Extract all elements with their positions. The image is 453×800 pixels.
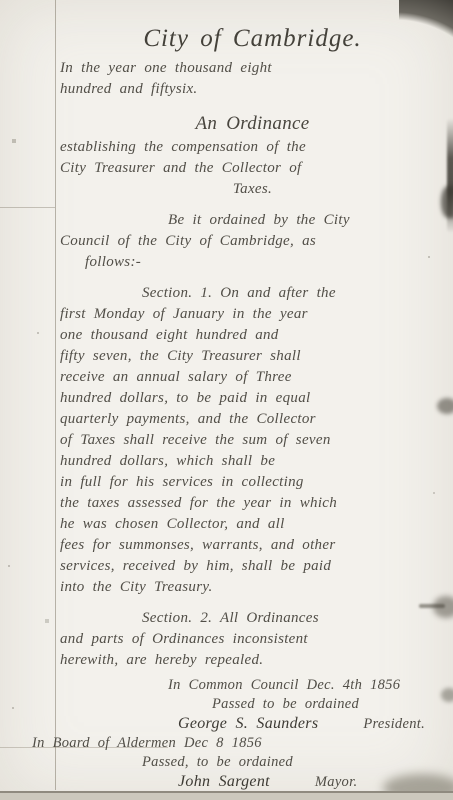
manuscript-line: hundred dollars, to be paid in equal (60, 388, 445, 409)
scan-artifact-edge-blob (441, 186, 453, 218)
section-2-start: Section. 2. All Ordinances (142, 608, 445, 629)
manuscript-line: fifty seven, the City Treasurer shall (60, 346, 445, 367)
manuscript-line: quarterly payments, and the Collector (60, 409, 445, 430)
line-text: he was chosen Collector, and all (60, 516, 285, 532)
scan-artifact-smudge (437, 398, 453, 414)
manuscript-line: herewith, are hereby repealed. (60, 650, 445, 671)
enactment-clause: Be it ordained by the City (168, 210, 445, 231)
margin-rule (55, 0, 56, 790)
common-council-record: In Common Council Dec. 4th 1856 (168, 676, 445, 695)
line-text: City of Cambridge. (143, 25, 361, 52)
document-title: City of Cambridge. (60, 20, 445, 58)
line-text: quarterly payments, and the Collector (60, 411, 316, 427)
manuscript-line: Passed, to be ordained (142, 753, 445, 772)
office-title-text: President. (363, 716, 425, 732)
paper-specks (0, 0, 2, 2)
manuscript-page: City of Cambridge.In the year one thousa… (0, 0, 453, 800)
line-text: hundred dollars, which shall be (60, 453, 275, 469)
line-text: Section. 2. All Ordinances (142, 610, 319, 626)
manuscript-line: In the year one thousand eight (60, 58, 445, 79)
manuscript-line: Taxes. (60, 179, 445, 200)
line-text: follows:- (85, 254, 141, 270)
manuscript-line: fees for summonses, warrants, and other (60, 535, 445, 556)
line-text: Passed, to be ordained (142, 754, 293, 770)
line-text: the taxes assessed for the year in which (60, 495, 337, 511)
line-text: establishing the compensation of the (60, 139, 306, 155)
manuscript-line: he was chosen Collector, and all (60, 514, 445, 535)
scan-artifact-smudge (441, 688, 453, 702)
line-text: An Ordinance (195, 113, 309, 134)
ordinance-heading: An Ordinance (60, 110, 445, 137)
line-text: hundred dollars, to be paid in equal (60, 390, 310, 406)
scan-artifact-corner (399, 0, 453, 121)
line-text: herewith, are hereby repealed. (60, 652, 263, 668)
manuscript-line: into the City Treasury. (60, 577, 445, 598)
manuscript-line: first Monday of January in the year (60, 304, 445, 325)
signature-president: George S. SaundersPresident. (178, 714, 445, 734)
page-bottom-edge (0, 791, 453, 800)
line-text: City Treasurer and the Collector of (60, 160, 301, 176)
manuscript-line: Passed to be ordained (212, 695, 445, 714)
office-title-text: Mayor. (315, 774, 357, 790)
manuscript-line: establishing the compensation of the (60, 137, 445, 158)
manuscript-line: of Taxes shall receive the sum of seven (60, 430, 445, 451)
line-text: Be it ordained by the City (168, 212, 350, 228)
manuscript-line: the taxes assessed for the year in which (60, 493, 445, 514)
manuscript-line: City Treasurer and the Collector of (60, 158, 445, 179)
line-text: in full for his services in collecting (60, 474, 304, 490)
aldermen-record: In Board of Aldermen Dec 8 1856 (32, 734, 445, 753)
line-text: hundred and fiftysix. (60, 81, 197, 97)
line-text: first Monday of January in the year (60, 306, 308, 322)
line-text: fees for summonses, warrants, and other (60, 537, 335, 553)
line-text: and parts of Ordinances inconsistent (60, 631, 308, 647)
line-text: fifty seven, the City Treasurer shall (60, 348, 301, 364)
manuscript-line: hundred and fiftysix. (60, 79, 445, 100)
line-text: In Board of Aldermen Dec 8 1856 (32, 735, 262, 751)
signature-text: John Sargent (178, 773, 270, 790)
line-text: of Taxes shall receive the sum of seven (60, 432, 331, 448)
line-text: In Common Council Dec. 4th 1856 (168, 677, 400, 693)
line-text: Council of the City of Cambridge, as (60, 233, 316, 249)
manuscript-line: one thousand eight hundred and (60, 325, 445, 346)
line-text: one thousand eight hundred and (60, 327, 279, 343)
paper-crease-line (0, 207, 55, 208)
manuscript-line: and parts of Ordinances inconsistent (60, 629, 445, 650)
line-text: receive an annual salary of Three (60, 369, 292, 385)
manuscript-line: services, received by him, shall be paid (60, 556, 445, 577)
section-1-start: Section. 1. On and after the (142, 283, 445, 304)
manuscript-line: receive an annual salary of Three (60, 367, 445, 388)
line-text: into the City Treasury. (60, 579, 213, 595)
manuscript-line: in full for his services in collecting (60, 472, 445, 493)
line-text: Taxes. (233, 181, 272, 197)
scan-artifact-smudge (419, 604, 445, 608)
manuscript-line: follows:- (85, 252, 445, 273)
signature-text: George S. Saunders (178, 715, 318, 732)
line-text: Section. 1. On and after the (142, 285, 336, 301)
line-text: services, received by him, shall be paid (60, 558, 331, 574)
line-text: In the year one thousand eight (60, 60, 272, 76)
manuscript-text: City of Cambridge.In the year one thousa… (60, 20, 445, 792)
line-text: Passed to be ordained (212, 696, 359, 712)
manuscript-line: hundred dollars, which shall be (60, 451, 445, 472)
manuscript-line: Council of the City of Cambridge, as (60, 231, 445, 252)
